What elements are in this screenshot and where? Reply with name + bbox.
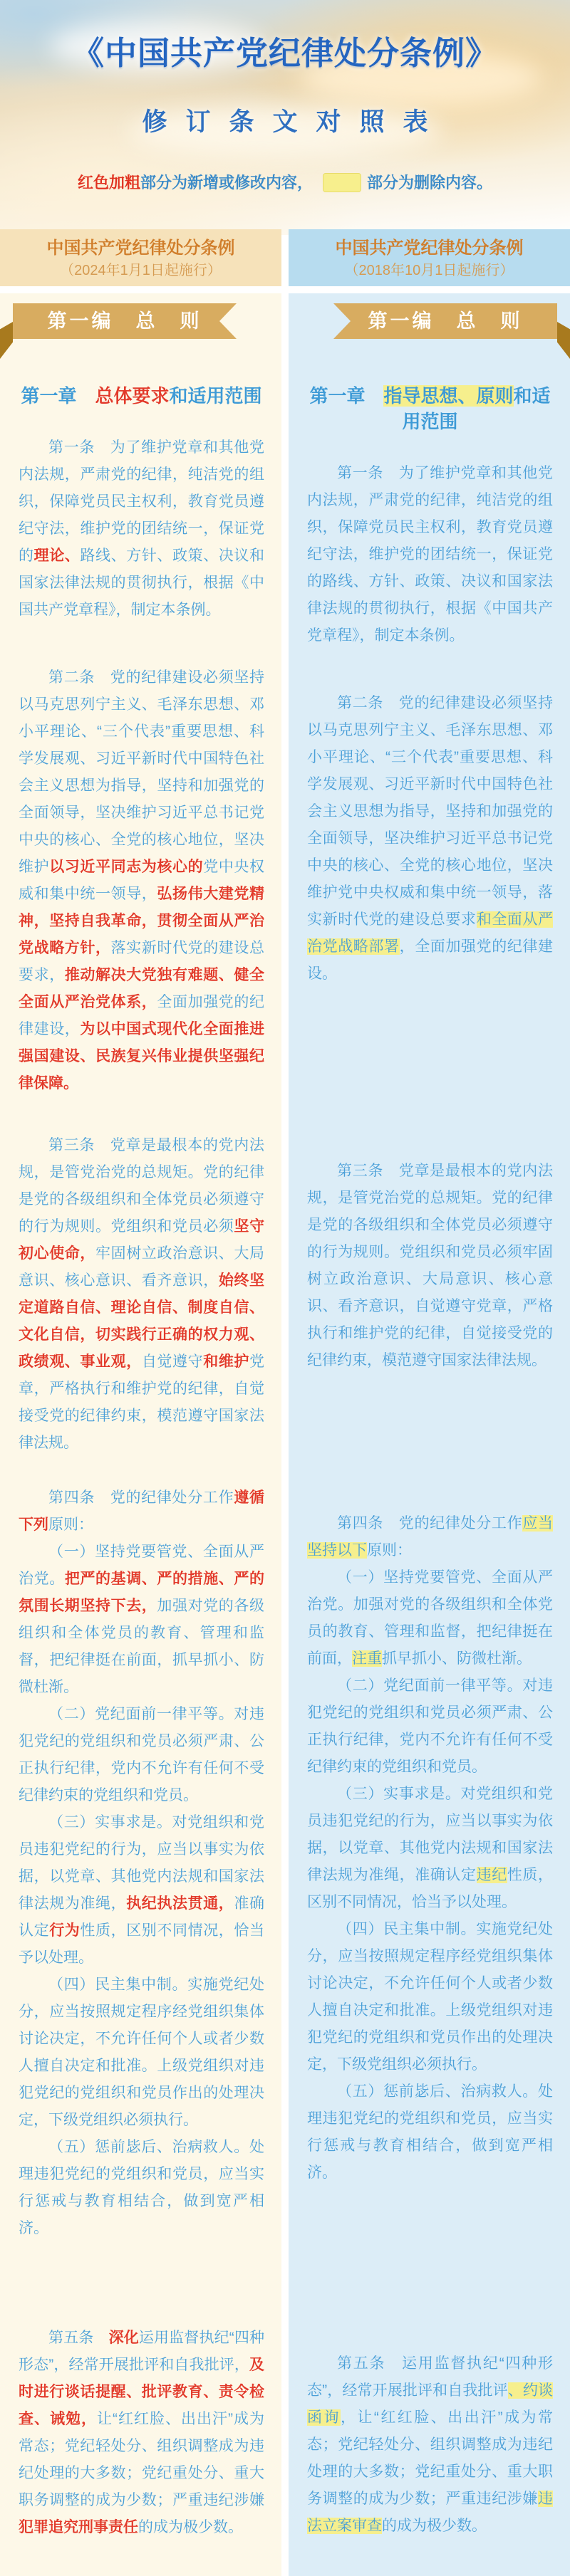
part-banner-ribbon: 第一编 总 则 xyxy=(13,303,237,339)
hero-header: 《中国共产党纪律处分条例》 修订条文对照表 红色加粗部分为新增或修改内容，部分为… xyxy=(0,0,570,235)
text-segment: 行为 xyxy=(49,1922,80,1939)
column-2024-title: 中国共产党纪律处分条例 xyxy=(0,237,281,260)
text-segment: 违纪 xyxy=(477,1867,507,1883)
text-segment: （五）惩前毖后、治病救人。处理违犯党纪的党组织和党员，应当实行惩戒与教育相结合，… xyxy=(307,2083,553,2181)
text-segment: 执纪执法贯通， xyxy=(126,1895,234,1912)
paragraph: 第一条 为了维护党章和其他党内法规，严肃党的纪律，纯洁党的组织，保障党员民主权利… xyxy=(19,434,264,624)
page-subtitle: 修订条文对照表 xyxy=(0,103,570,138)
article-5: 第五条 运用监督执纪“四种形态”，经常开展批评和自我批评、约谈函询，让“红红脸、… xyxy=(307,2350,553,2540)
text-segment: 自觉遵守 xyxy=(142,1354,203,1370)
text-segment: （五）惩前毖后、治病救人。处理违犯党纪的党组织和党员，应当实行惩戒与教育相结合，… xyxy=(19,2139,264,2236)
column-2018-title: 中国共产党纪律处分条例 xyxy=(289,237,570,260)
paragraph: 第四条 党的纪律处分工作应当坚持以下原则： xyxy=(307,1510,553,1564)
ribbon-fold xyxy=(0,322,13,359)
paragraph: （二）党纪面前一律平等。对违犯党纪的党组织和党员必须严肃、公正执行纪律，党内不允… xyxy=(307,1672,553,1781)
article-2: 第二条 党的纪律建设必须坚持以马克思列宁主义、毛泽东思想、邓小平理论、“三个代表… xyxy=(19,664,264,1132)
text-segment: 的成为极少数。 xyxy=(138,2519,243,2535)
ribbon-fold xyxy=(557,322,570,359)
text-segment: 指导思想、原则 xyxy=(383,385,513,407)
article-4: 第四条 党的纪律处分工作遵循下列原则：（一）坚持党要管党、全面从严治党。把严的基… xyxy=(19,1485,264,2325)
paragraph: 第二条 党的纪律建设必须坚持以马克思列宁主义、毛泽东思想、邓小平理论、“三个代表… xyxy=(307,690,553,988)
article-list: 第一条 为了维护党章和其他党内法规，严肃党的纪律，纯洁党的组织，保障党员民主权利… xyxy=(307,460,553,2540)
legend-mid-text: 部分为新增或修改内容， xyxy=(140,174,313,192)
chapter-heading: 第一章 指导思想、原则和适用范围 xyxy=(307,383,553,434)
column-2018-date: （2018年10月1日起施行） xyxy=(289,260,570,281)
text-segment: 第四条 党的纪律处分工作 xyxy=(48,1489,234,1506)
text-segment: 第四条 党的纪律处分工作 xyxy=(337,1515,522,1532)
paragraph: （二）党纪面前一律平等。对违犯党纪的党组织和党员必须严肃、公正执行纪律，党内不允… xyxy=(19,1701,264,1809)
text-segment: 犯罪追究刑事责任 xyxy=(19,2519,138,2535)
paragraph: （三）实事求是。对党组织和党员违犯党纪的行为，应当以事实为依据，以党章、其他党内… xyxy=(19,1809,264,1972)
text-segment: 的成为极少数。 xyxy=(382,2518,487,2534)
paragraph: （五）惩前毖后、治病救人。处理违犯党纪的党组织和党员，应当实行惩戒与教育相结合，… xyxy=(307,2078,553,2187)
article-1: 第一条 为了维护党章和其他党内法规，严肃党的纪律，纯洁党的组织，保障党员民主权利… xyxy=(307,460,553,690)
paragraph: 第三条 党章是最根本的党内法规，是管党治党的总规矩。党的纪律是党的各级组织和全体… xyxy=(19,1132,264,1457)
legend-red-label: 红色加粗 xyxy=(78,174,140,192)
text-segment: 第五条 xyxy=(48,2330,109,2346)
paragraph: 第三条 党章是最根本的党内法规，是管党治党的总规矩。党的纪律是党的各级组织和全体… xyxy=(307,1158,553,1374)
paragraph: （一）坚持党要管党、全面从严治党。把严的基调、严的措施、严的氛围长期坚持下去，加… xyxy=(19,1539,264,1701)
legend-tail-text: 部分为删除内容。 xyxy=(367,174,492,192)
article-5: 第五条 深化运用监督执纪“四种形态”，经常开展批评和自我批评，及时进行谈话提醒、… xyxy=(19,2325,264,2541)
column-2024: 中国共产党纪律处分条例 （2024年1月1日起施行） 第一编 总 则 第一章 总… xyxy=(0,229,281,2576)
yellow-highlight-swatch xyxy=(323,173,361,192)
article-1: 第一条 为了维护党章和其他党内法规，严肃党的纪律，纯洁党的组织，保障党员民主权利… xyxy=(19,434,264,664)
paragraph: （一）坚持党要管党、全面从严治党。加强对党的各级组织和全体党员的教育、管理和监督… xyxy=(307,1564,553,1672)
paragraph: 第二条 党的纪律建设必须坚持以马克思列宁主义、毛泽东思想、邓小平理论、“三个代表… xyxy=(19,664,264,1097)
article-3: 第三条 党章是最根本的党内法规，是管党治党的总规矩。党的纪律是党的各级组织和全体… xyxy=(19,1132,264,1485)
column-2018: 中国共产党纪律处分条例 （2018年10月1日起施行） 第一编 总 则 第一章 … xyxy=(289,229,570,2576)
paragraph: 第一条 为了维护党章和其他党内法规，严肃党的纪律，纯洁党的组织，保障党员民主权利… xyxy=(307,460,553,649)
page-title: 《中国共产党纪律处分条例》 xyxy=(0,27,570,73)
article-4: 第四条 党的纪律处分工作应当坚持以下原则：（一）坚持党要管党、全面从严治党。加强… xyxy=(307,1510,553,2350)
column-2024-date: （2024年1月1日起施行） xyxy=(0,260,281,281)
legend-note: 红色加粗部分为新增或修改内容，部分为删除内容。 xyxy=(0,171,570,193)
text-segment: 抓早抓小、防微杜渐。 xyxy=(382,1650,532,1667)
paragraph: 第五条 深化运用监督执纪“四种形态”，经常开展批评和自我批评，及时进行谈话提醒、… xyxy=(19,2325,264,2541)
text-segment: 原则： xyxy=(367,1542,412,1559)
text-segment: 第二条 党的纪律建设必须坚持以马克思列宁主义、毛泽东思想、邓小平理论、“三个代表… xyxy=(307,695,553,928)
text-segment: ，让“红红脸、出出汗”成为常态；党纪轻处分、组织调整成为违纪处理的大多数；党纪重… xyxy=(307,2409,553,2507)
text-segment: 第一条 为了维护党章和其他党内法规，严肃党的纪律，纯洁党的组织，保障党员民主权利… xyxy=(19,439,264,564)
text-segment: 以习近平同志为核心的 xyxy=(49,859,203,875)
text-segment: 第一条 为了维护党章和其他党内法规，严肃党的纪律，纯洁党的组织，保障党员民主权利… xyxy=(307,465,553,644)
text-segment: 原则： xyxy=(48,1517,93,1533)
text-segment: 第三条 党章是最根本的党内法规，是管党治党的总规矩。党的纪律是党的各级组织和全体… xyxy=(19,1137,264,1235)
text-segment: 注重 xyxy=(352,1650,382,1667)
text-segment: 第一章 xyxy=(21,385,95,407)
text-segment: 第二条 党的纪律建设必须坚持以马克思列宁主义、毛泽东思想、邓小平理论、“三个代表… xyxy=(19,669,264,875)
paragraph: （三）实事求是。对党组织和党员违犯党纪的行为，应当以事实为依据，以党章、其他党内… xyxy=(307,1781,553,1916)
paragraph: （五）惩前毖后、治病救人。处理违犯党纪的党组织和党员，应当实行惩戒与教育相结合，… xyxy=(19,2134,264,2242)
text-segment: 第三条 党章是最根本的党内法规，是管党治党的总规矩。党的纪律是党的各级组织和全体… xyxy=(307,1163,553,1368)
chapter-heading: 第一章 总体要求和适用范围 xyxy=(19,383,264,409)
text-segment: 总体要求 xyxy=(95,385,169,407)
paragraph: 第四条 党的纪律处分工作遵循下列原则： xyxy=(19,1485,264,1539)
text-segment: （四）民主集中制。实施党纪处分，应当按照规定程序经党组织集体讨论决定，不允许任何… xyxy=(19,1976,264,2128)
text-segment: 深化 xyxy=(109,2330,139,2346)
part-banner-ribbon: 第一编 总 则 xyxy=(333,303,557,339)
article-3: 第三条 党章是最根本的党内法规，是管党治党的总规矩。党的纪律是党的各级组织和全体… xyxy=(307,1158,553,1510)
article-list: 第一条 为了维护党章和其他党内法规，严肃党的纪律，纯洁党的组织，保障党员民主权利… xyxy=(19,434,264,2541)
column-2024-header: 中国共产党纪律处分条例 （2024年1月1日起施行） xyxy=(0,229,281,286)
text-segment: （四）民主集中制。实施党纪处分，应当按照规定程序经党组织集体讨论决定，不允许任何… xyxy=(307,1921,553,2073)
comparison-table: 中国共产党纪律处分条例 （2024年1月1日起施行） 第一编 总 则 第一章 总… xyxy=(0,229,570,2576)
paragraph: （四）民主集中制。实施党纪处分，应当按照规定程序经党组织集体讨论决定，不允许任何… xyxy=(307,1916,553,2078)
text-segment: （二）党纪面前一律平等。对违犯党纪的党组织和党员必须严肃、公正执行纪律，党内不允… xyxy=(307,1677,553,1775)
paragraph: （四）民主集中制。实施党纪处分，应当按照规定程序经党组织集体讨论决定，不允许任何… xyxy=(19,1972,264,2134)
text-segment: 和维护 xyxy=(203,1354,249,1370)
column-2018-header: 中国共产党纪律处分条例 （2018年10月1日起施行） xyxy=(289,229,570,286)
text-segment: 和适用范围 xyxy=(170,385,262,407)
text-segment: （二）党纪面前一律平等。对违犯党纪的党组织和党员必须严肃、公正执行纪律，党内不允… xyxy=(19,1706,264,1803)
column-2018-body: 第一编 总 则 第一章 指导思想、原则和适用范围 第一条 为了维护党章和其他党内… xyxy=(289,293,570,2576)
text-segment: 第一章 xyxy=(309,385,383,407)
column-2024-body: 第一编 总 则 第一章 总体要求和适用范围 第一条 为了维护党章和其他党内法规，… xyxy=(0,293,281,2576)
infographic-page: 《中国共产党纪律处分条例》 修订条文对照表 红色加粗部分为新增或修改内容，部分为… xyxy=(0,0,570,2576)
paragraph: 第五条 运用监督执纪“四种形态”，经常开展批评和自我批评、约谈函询，让“红红脸、… xyxy=(307,2350,553,2540)
text-segment: 理论、 xyxy=(34,548,81,564)
article-2: 第二条 党的纪律建设必须坚持以马克思列宁主义、毛泽东思想、邓小平理论、“三个代表… xyxy=(307,690,553,1158)
